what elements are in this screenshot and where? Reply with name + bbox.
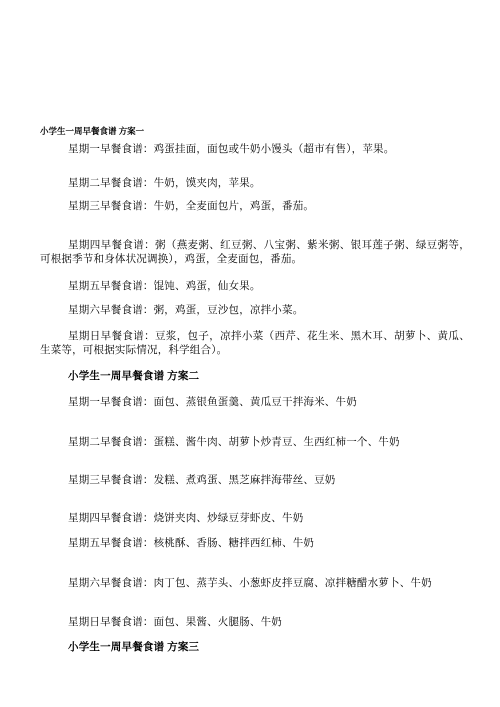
menu-paragraph-plan1-thursday: 星期四早餐食谱：粥（燕麦粥、红豆粥、八宝粥、紫米粥、银耳莲子粥、绿豆粥等，可根据… bbox=[40, 239, 470, 267]
menu-paragraph-plan2-tuesday: 星期二早餐食谱：蛋糕、酱牛肉、胡萝卜炒青豆、生西红柿一个、牛奶 bbox=[40, 436, 470, 450]
section-title-plan2: 小学生一周早餐食谱 方案二 bbox=[68, 370, 199, 384]
menu-paragraph-plan1-saturday: 星期六早餐食谱：粥，鸡蛋，豆沙包，凉拌小菜。 bbox=[40, 304, 470, 318]
menu-paragraph-plan2-friday: 星期五早餐食谱：核桃酥、香肠、糖拌西红柿、牛奶 bbox=[40, 537, 470, 551]
menu-paragraph-plan2-sunday: 星期日早餐食谱：面包、果酱、火腿肠、牛奶 bbox=[40, 616, 470, 630]
document-page: 小学生一周早餐食谱 方案一 星期一早餐食谱：鸡蛋挂面，面包或牛奶小馒头（超市有售… bbox=[0, 0, 500, 707]
section-title-plan1: 小学生一周早餐食谱 方案一 bbox=[40, 126, 144, 137]
menu-paragraph-plan1-sunday: 星期日早餐食谱：豆浆，包子，凉拌小菜（西芹、花生米、黑木耳、胡萝卜、黄瓜、生菜等… bbox=[40, 330, 470, 358]
menu-paragraph-plan1-tuesday: 星期二早餐食谱：牛奶，馍夹肉，苹果。 bbox=[40, 177, 470, 191]
menu-paragraph-plan2-monday: 星期一早餐食谱：面包、蒸银鱼蛋羹、黄瓜豆干拌海米、牛奶 bbox=[40, 396, 470, 410]
section-title-plan3: 小学生一周早餐食谱 方案三 bbox=[68, 641, 199, 655]
menu-paragraph-plan2-saturday: 星期六早餐食谱：肉丁包、蒸芋头、小葱虾皮拌豆腐、凉拌糖醋水萝卜、牛奶 bbox=[40, 577, 470, 591]
menu-paragraph-plan1-monday: 星期一早餐食谱：鸡蛋挂面，面包或牛奶小馒头（超市有售），苹果。 bbox=[40, 143, 470, 157]
menu-paragraph-plan1-friday: 星期五早餐食谱：馄饨、鸡蛋，仙女果。 bbox=[40, 280, 470, 294]
menu-paragraph-plan2-wednesday: 星期三早餐食谱：发糕、煮鸡蛋、黑芝麻拌海带丝、豆奶 bbox=[40, 474, 470, 488]
menu-paragraph-plan1-wednesday: 星期三早餐食谱：牛奶，全麦面包片，鸡蛋，番茄。 bbox=[40, 200, 470, 214]
menu-paragraph-plan2-thursday: 星期四早餐食谱：烧饼夹肉、炒绿豆芽虾皮、牛奶 bbox=[40, 512, 470, 526]
